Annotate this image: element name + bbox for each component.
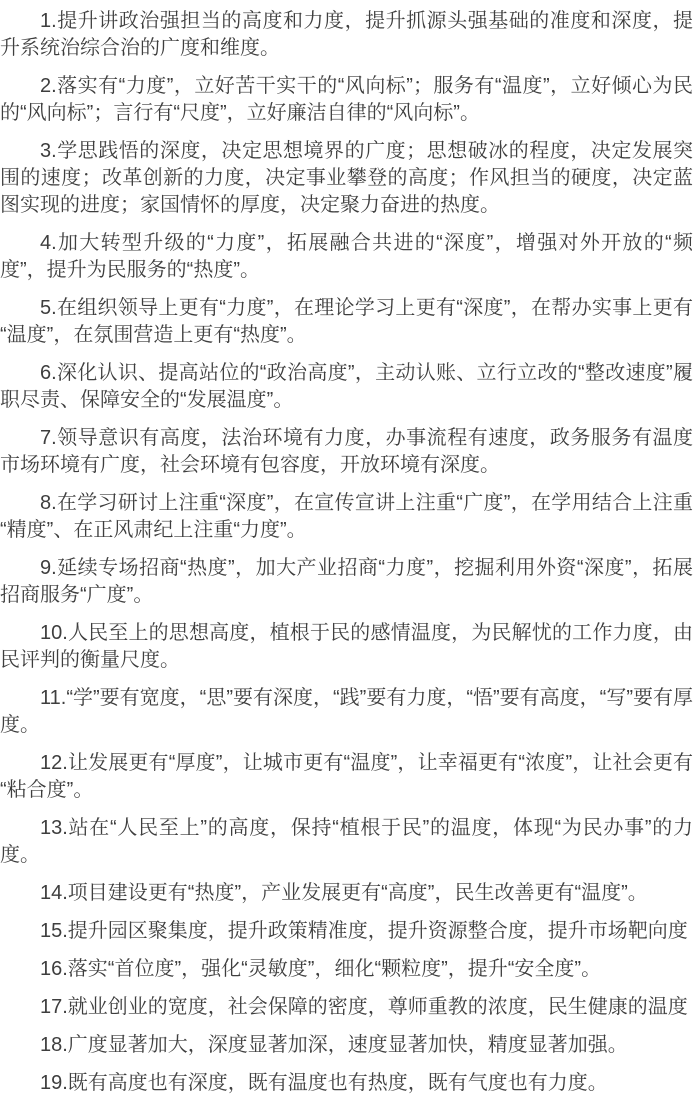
list-item-16: 16.落实“首位度”，强化“灵敏度”，细化“颗粒度”，提升“安全度”。 bbox=[0, 956, 693, 983]
list-item-12: 12.让发展更有“厚度”，让城市更有“温度”，让幸福更有“浓度”，让社会更有“粘… bbox=[0, 750, 693, 804]
list-item-17: 17.就业创业的宽度，社会保障的密度，尊师重教的浓度，民生健康的温度 bbox=[0, 994, 693, 1021]
list-item-9: 9.延续专场招商“热度”，加大产业招商“力度”，挖掘利用外资“深度”，拓展招商服… bbox=[0, 555, 693, 609]
list-item-2: 2.落实有“力度”，立好苦干实干的“风向标”；服务有“温度”，立好倾心为民的“风… bbox=[0, 73, 693, 127]
list-item-10: 10.人民至上的思想高度，植根于民的感情温度，为民解忧的工作力度，由民评判的衡量… bbox=[0, 620, 693, 674]
list-item-6: 6.深化认识、提高站位的“政治高度”，主动认账、立行立改的“整改速度”履职尽责、… bbox=[0, 360, 693, 414]
list-item-13: 13.站在“人民至上”的高度，保持“植根于民”的温度，体现“为民办事”的力度。 bbox=[0, 815, 693, 869]
list-item-5: 5.在组织领导上更有“力度”，在理论学习上更有“深度”，在帮办实事上更有“温度”… bbox=[0, 295, 693, 349]
list-item-7: 7.领导意识有高度，法治环境有力度，办事流程有速度，政务服务有温度市场环境有广度… bbox=[0, 425, 693, 479]
list-item-4: 4.加大转型升级的“力度”，拓展融合共进的“深度”，增强对外开放的“频度”，提升… bbox=[0, 230, 693, 284]
list-item-18: 18.广度显著加大，深度显著加深，速度显著加快，精度显著加强。 bbox=[0, 1032, 693, 1059]
list-item-15: 15.提升园区聚集度，提升政策精准度，提升资源整合度，提升市场靶向度 bbox=[0, 918, 693, 945]
list-item-11: 11.“学”要有宽度，“思”要有深度，“践”要有力度，“悟”要有高度，“写”要有… bbox=[0, 685, 693, 739]
list-item-8: 8.在学习研讨上注重“深度”，在宣传宣讲上注重“广度”，在学用结合上注重“精度”… bbox=[0, 490, 693, 544]
article-body: 1.提升讲政治强担当的高度和力度，提升抓源头强基础的准度和深度，提升系统治综合治… bbox=[0, 0, 693, 1108]
list-item-19: 19.既有高度也有深度，既有温度也有热度，既有气度也有力度。 bbox=[0, 1070, 693, 1097]
list-item-14: 14.项目建设更有“热度”，产业发展更有“高度”，民生改善更有“温度”。 bbox=[0, 880, 693, 907]
list-item-1: 1.提升讲政治强担当的高度和力度，提升抓源头强基础的准度和深度，提升系统治综合治… bbox=[0, 8, 693, 62]
list-item-3: 3.学思践悟的深度，决定思想境界的广度；思想破冰的程度，决定发展突围的速度；改革… bbox=[0, 138, 693, 219]
